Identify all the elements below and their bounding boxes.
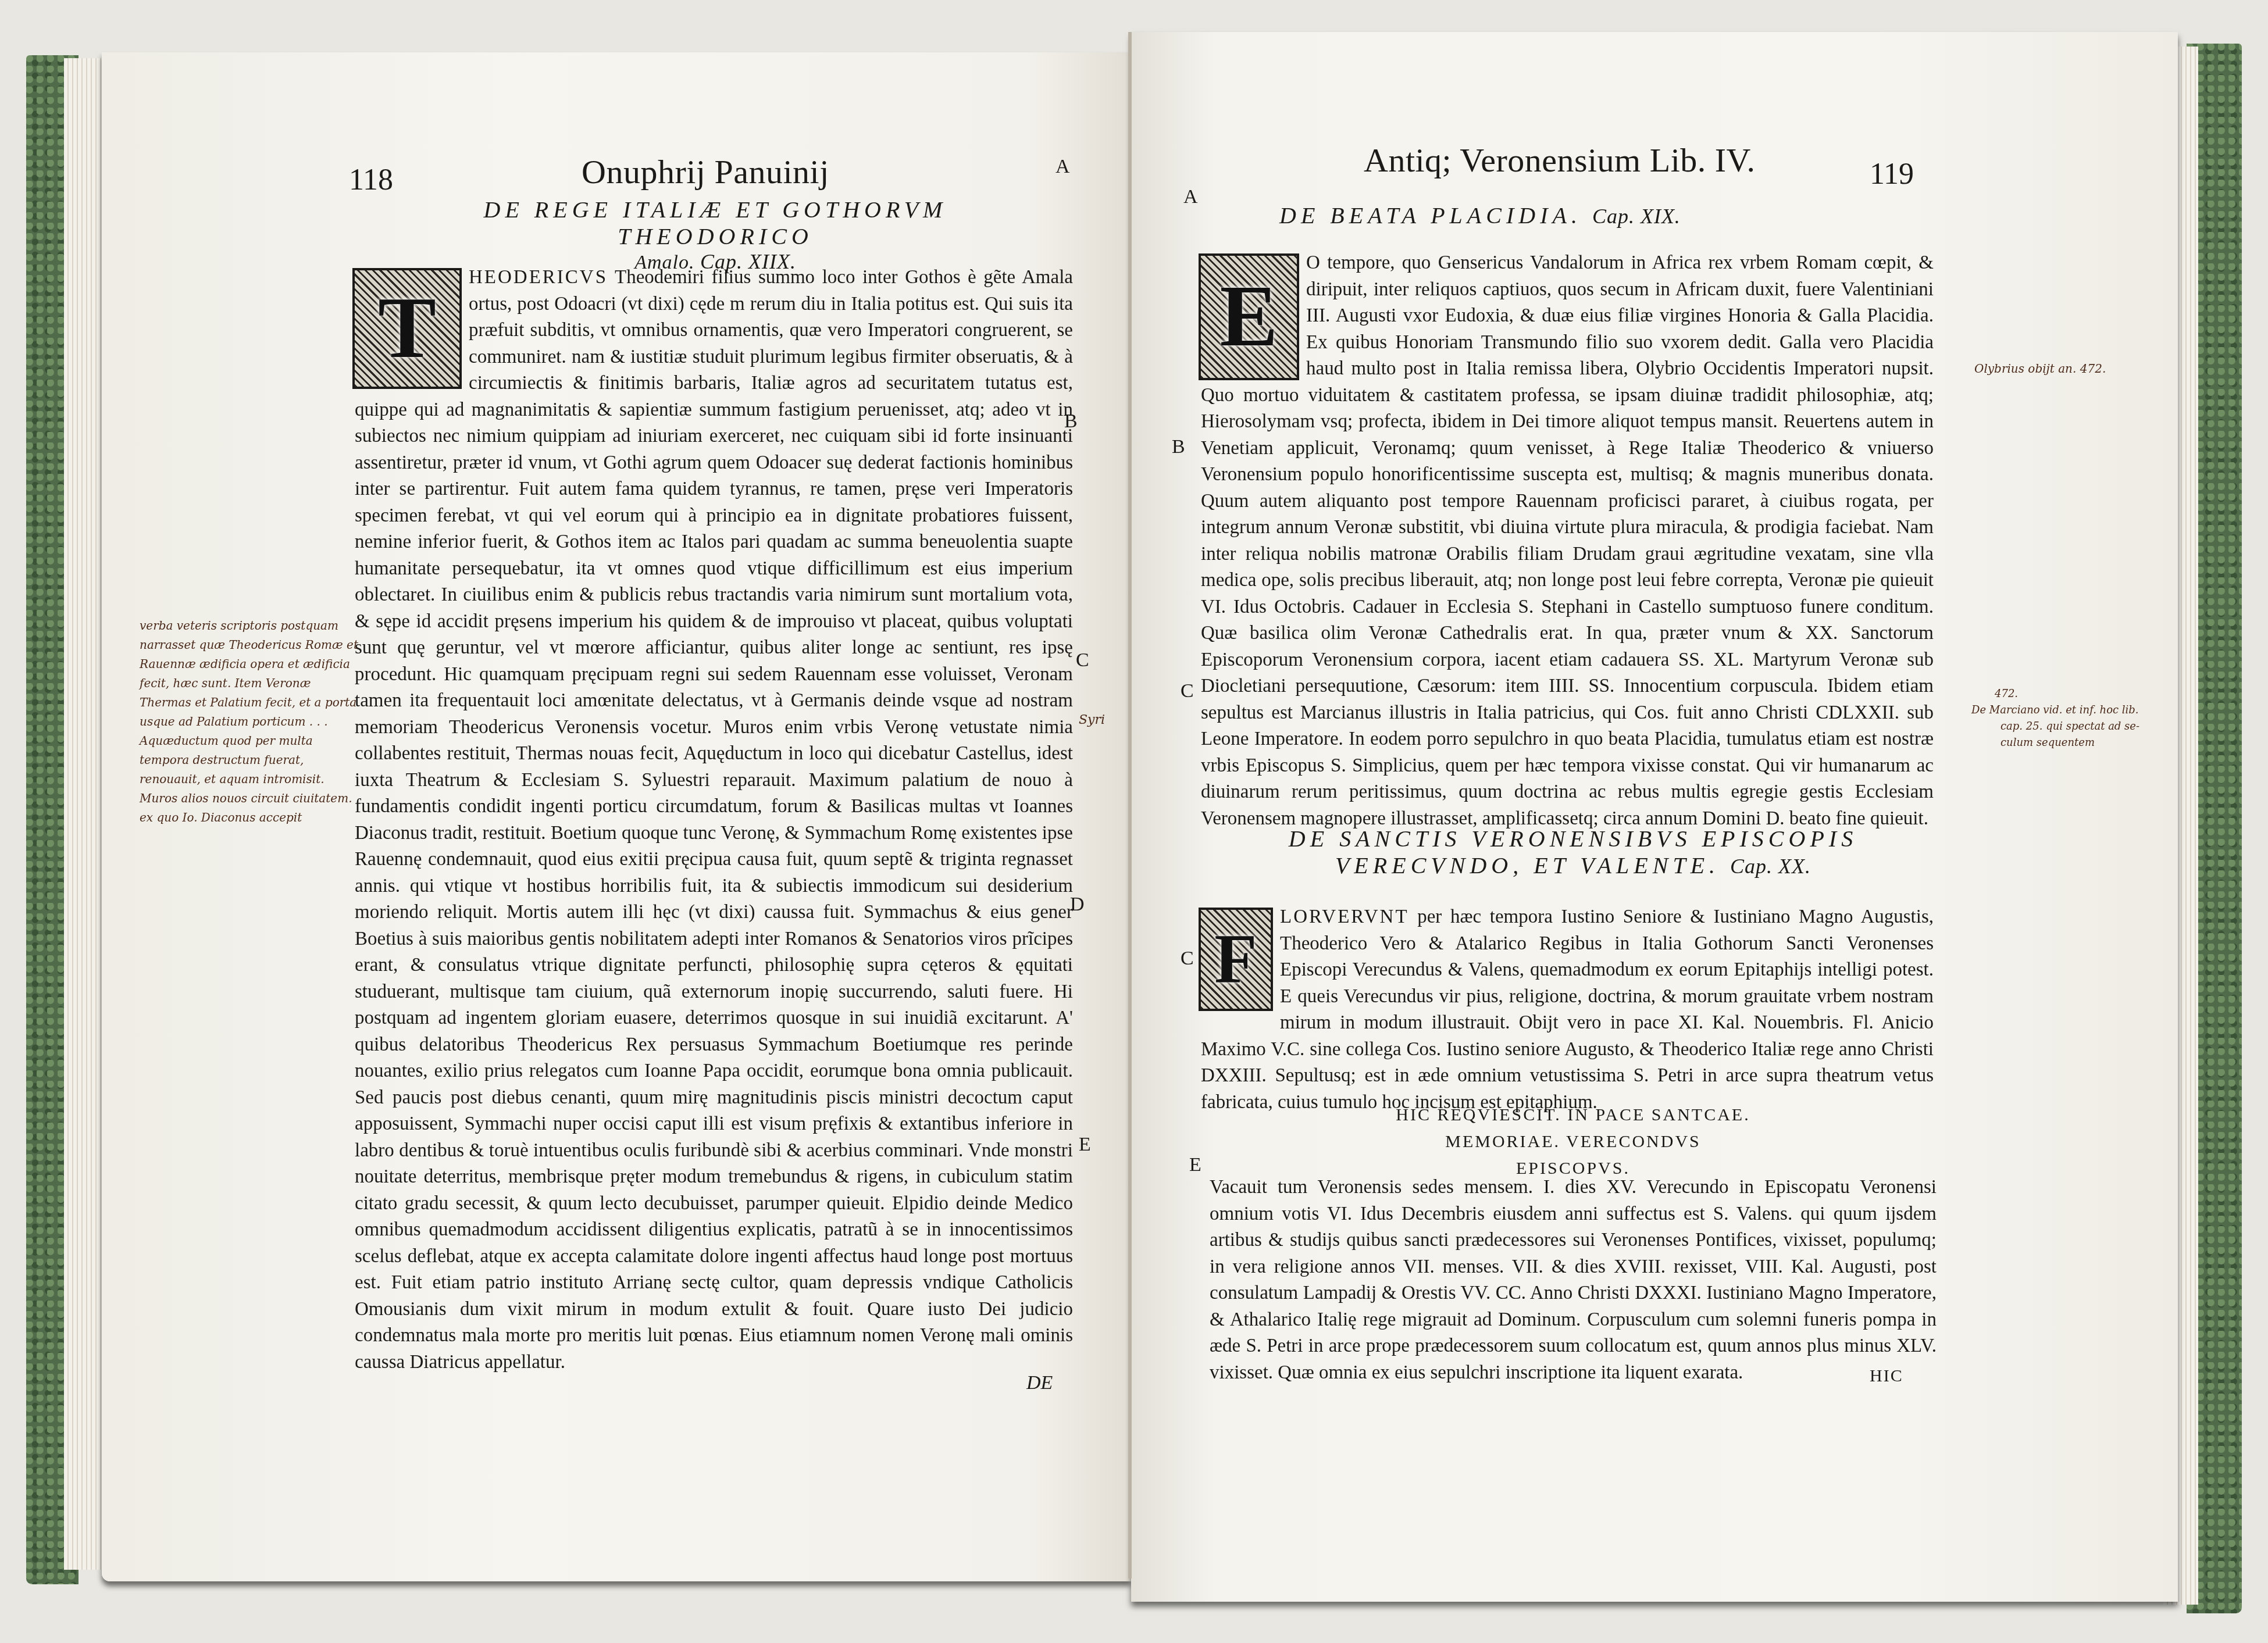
book-gutter bbox=[1128, 32, 1132, 1578]
left-marker-c: C bbox=[1076, 649, 1089, 672]
left-marker-d: D bbox=[1070, 894, 1085, 916]
right-chapter1-text: E O tempore, quo Gensericus Vandalorum i… bbox=[1201, 250, 1934, 832]
right-running-head: Antiq; Veronensium Lib. IV. bbox=[1364, 141, 1756, 180]
right-chapter1-heading: DE BEATA PLACIDIA. Cap. XIX. bbox=[1279, 202, 1803, 229]
handwritten-side-note: Syri bbox=[1079, 710, 1105, 730]
right-marker-b: B bbox=[1172, 436, 1185, 458]
left-catchword: DE bbox=[1026, 1372, 1053, 1394]
right-chapter2-opening-word: LORVERVNT bbox=[1280, 906, 1409, 927]
right-chapter2-heading: DE SANCTIS VERONENSIBVS EPISCOPIS VERECV… bbox=[1210, 826, 1937, 879]
right-marker-c2: C bbox=[1181, 948, 1194, 970]
left-running-head: Onuphrij Panuinij bbox=[582, 152, 829, 191]
handwritten-note-marcianus-line2: cap. 25. qui spectat ad se- bbox=[1971, 719, 2169, 735]
left-page-number: 118 bbox=[349, 163, 393, 197]
left-chapter-heading: DE REGE ITALIÆ ET GOTHORVM THEODORICO Am… bbox=[407, 197, 1024, 274]
right-chapter2-line2: VERECVNDO, ET VALENTE. bbox=[1335, 852, 1720, 878]
epitaph-line1: HIC REQVIESCIT. IN PACE SANTCAE. bbox=[1210, 1102, 1937, 1128]
epitaph-line2: MEMORIAE. VERECONDVS bbox=[1210, 1128, 1937, 1155]
handwritten-note-marcianus-line1: De Marciano vid. et inf. hoc lib. bbox=[1971, 702, 2169, 719]
decorated-initial-t: T bbox=[352, 268, 462, 389]
handwritten-marginal-note-left: verba veteris scriptoris postquam narras… bbox=[140, 616, 361, 827]
right-chapter2-line1: DE SANCTIS VERONENSIBVS EPISCOPIS bbox=[1210, 826, 1937, 852]
decorated-initial-e: E bbox=[1199, 253, 1299, 380]
handwritten-note-marcianus-year: 472. bbox=[1971, 686, 2169, 702]
handwritten-note-marcianus: 472. De Marciano vid. et inf. hoc lib. c… bbox=[1971, 686, 2169, 751]
right-chapter1-paragraph: O tempore, quo Gensericus Vandalorum in … bbox=[1201, 252, 1934, 829]
right-marker-e: E bbox=[1189, 1154, 1201, 1176]
left-paragraph: Theodemiri filius summo loco inter Gotho… bbox=[355, 267, 1073, 1373]
right-page-number: 119 bbox=[1870, 157, 1914, 191]
right-marker-c: C bbox=[1181, 680, 1194, 702]
left-marker-e: E bbox=[1079, 1134, 1091, 1156]
right-closing-paragraph: Vacauit tum Veronensis sedes mensem. I. … bbox=[1210, 1177, 1937, 1383]
right-chapter2-cap: Cap. XX. bbox=[1730, 855, 1811, 878]
left-marker-a: A bbox=[1055, 156, 1070, 178]
decorated-initial-f: F bbox=[1199, 908, 1273, 1011]
handwritten-note-marcianus-line3: culum sequentem bbox=[1971, 735, 2169, 751]
left-chapter-heading-line1: DE REGE ITALIÆ ET GOTHORVM THEODORICO bbox=[407, 197, 1024, 250]
right-catchword: HIC bbox=[1870, 1366, 1903, 1386]
left-body-text: T HEODERICVS Theodemiri filius summo loc… bbox=[355, 265, 1073, 1376]
epitaph-inscription: HIC REQVIESCIT. IN PACE SANTCAE. MEMORIA… bbox=[1210, 1102, 1937, 1182]
left-marker-b: B bbox=[1064, 410, 1078, 433]
right-closing-text: Vacauit tum Veronensis sedes mensem. I. … bbox=[1210, 1174, 1937, 1386]
right-chapter1-title: DE BEATA PLACIDIA. bbox=[1279, 202, 1582, 228]
right-chapter2-paragraph: per hæc tempora Iustino Seniore & Iustin… bbox=[1201, 906, 1934, 1113]
handwritten-note-olybrius: Olybrius obijt an. 472. bbox=[1974, 359, 2106, 378]
right-marker-a: A bbox=[1183, 186, 1198, 208]
right-chapter1-cap: Cap. XIX. bbox=[1592, 205, 1681, 228]
left-opening-word: HEODERICVS bbox=[469, 267, 608, 288]
right-chapter2-text: F LORVERVNT per hæc tempora Iustino Seni… bbox=[1201, 904, 1934, 1116]
